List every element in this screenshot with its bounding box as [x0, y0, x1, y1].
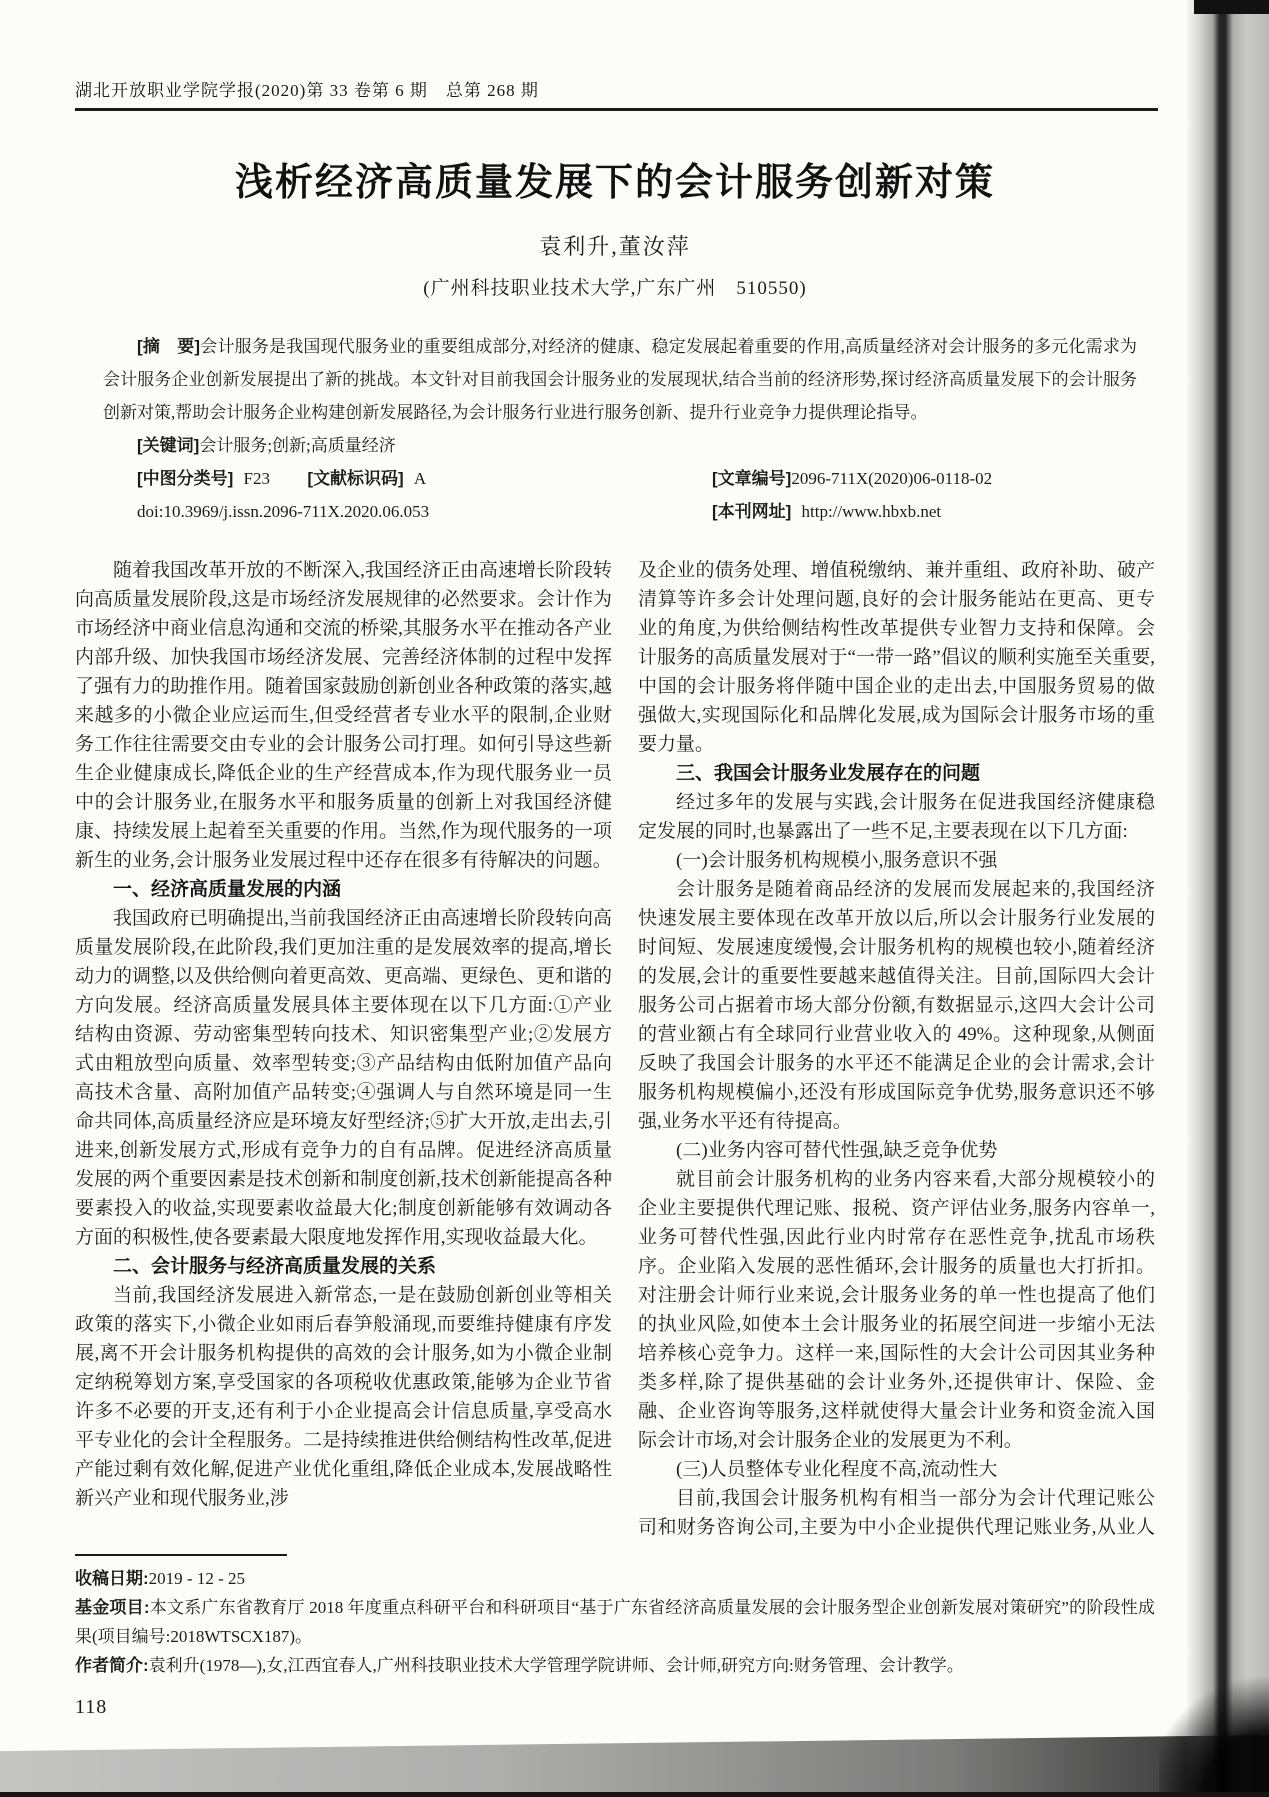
doi-row: doi:10.3969/j.issn.2096-711X.2020.06.053…	[103, 495, 1155, 528]
author-bio-text: 袁利升(1978—),女,江西宜春人,广州科技职业技术大学管理学院讲师、会计师,…	[149, 1656, 964, 1675]
journal-header: 湖北开放职业学院学报(2020)第 33 卷第 6 期 总第 268 期	[75, 76, 1155, 101]
scan-bottom-shadow	[0, 1735, 1269, 1797]
scan-bottom-edge	[0, 1792, 1269, 1797]
body-paragraph: 会计服务是随着商品经济的发展而发展起来的,我国经济快速发展主要体现在改革开放以后…	[638, 875, 1155, 1136]
scan-gutter-shadow	[1187, 0, 1269, 1797]
header-rule	[75, 108, 1158, 111]
article-id-label: [文章编号]	[712, 469, 791, 488]
body-paragraph: 目前,我国会计服务机构有相当一部分为会计代理记账公司和财务咨询公司,主要为中小企…	[638, 1484, 1155, 1544]
doc-code-value: A	[414, 469, 426, 488]
fund-project-line: 基金项目:本文系广东省教育厅 2018 年度重点科研平台和科研项目“基于广东省经…	[75, 1593, 1155, 1651]
body-paragraph: 当前,我国经济发展进入新常态,一是在鼓励创新创业等相关政策的落实下,小微企业如雨…	[75, 1281, 612, 1513]
scanned-journal-page: 湖北开放职业学院学报(2020)第 33 卷第 6 期 总第 268 期 浅析经…	[0, 0, 1269, 1797]
website-label: [本刊网址]	[712, 502, 791, 521]
fund-project-text: 本文系广东省教育厅 2018 年度重点科研平台和科研项目“基于广东省经济高质量发…	[75, 1598, 1155, 1646]
clc-label: [中图分类号]	[137, 469, 233, 488]
website-url: http://www.hbxb.net	[802, 502, 942, 521]
author-bio-label: 作者简介:	[75, 1656, 149, 1675]
abstract-block: [摘 要]会计服务是我国现代服务业的重要组成部分,对经济的健康、稳定发展起着重要…	[103, 330, 1137, 429]
abstract-label: [摘 要]	[137, 337, 200, 356]
keywords-label: [关键词]	[137, 436, 199, 455]
article-authors: 袁利升,董汝萍	[75, 230, 1155, 261]
page-number: 118	[75, 1696, 1155, 1719]
left-column: 随着我国改革开放的不断深入,我国经济正由高速增长阶段转向高质量发展阶段,这是市场…	[75, 556, 612, 1544]
fund-project-label: 基金项目:	[75, 1598, 150, 1617]
received-date-line: 收稿日期:2019 - 12 - 25	[75, 1564, 1155, 1593]
article-id-value: 2096-711X(2020)06-0118-02	[791, 469, 992, 488]
footnote-rule	[75, 1554, 287, 1556]
body-paragraph: 经过多年的发展与实践,会计服务在促进我国经济健康稳定发展的同时,也暴露出了一些不…	[638, 788, 1155, 846]
body-paragraph: 及企业的债务处理、增值税缴纳、兼并重组、政府补助、破产清算等许多会计处理问题,良…	[638, 556, 1155, 759]
body-paragraph: 就目前会计服务机构的业务内容来看,大部分规模较小的企业主要提供代理记账、报税、资…	[638, 1165, 1155, 1455]
scan-top-right-corner	[1194, 0, 1269, 14]
footnote-block: 收稿日期:2019 - 12 - 25 基金项目:本文系广东省教育厅 2018 …	[75, 1554, 1155, 1680]
abstract-text: 会计服务是我国现代服务业的重要组成部分,对经济的健康、稳定发展起着重要的作用,高…	[103, 337, 1137, 422]
article-affiliation: (广州科技职业技术大学,广东广州 510550)	[75, 273, 1155, 300]
abstract-paragraph: [摘 要]会计服务是我国现代服务业的重要组成部分,对经济的健康、稳定发展起着重要…	[103, 330, 1137, 429]
section-heading: 三、我国会计服务业发展存在的问题	[638, 759, 1155, 788]
page-content: 湖北开放职业学院学报(2020)第 33 卷第 6 期 总第 268 期 浅析经…	[75, 0, 1155, 1719]
sub-section-heading: (一)会计服务机构规模小,服务意识不强	[638, 846, 1155, 875]
body-paragraph: 随着我国改革开放的不断深入,我国经济正由高速增长阶段转向高质量发展阶段,这是市场…	[75, 556, 612, 875]
journal-website: [本刊网址]http://www.hbxb.net	[712, 495, 1155, 528]
right-column: 及企业的债务处理、增值税缴纳、兼并重组、政府补助、破产清算等许多会计处理问题,良…	[638, 556, 1155, 1544]
sub-section-heading: (三)人员整体专业化程度不高,流动性大	[638, 1455, 1155, 1484]
clc-value: F23	[244, 469, 270, 488]
body-paragraph: 我国政府已明确提出,当前我国经济正由高速增长阶段转向高质量发展阶段,在此阶段,我…	[75, 904, 612, 1252]
received-date-value: 2019 - 12 - 25	[149, 1569, 245, 1588]
received-date-label: 收稿日期:	[75, 1569, 149, 1588]
keywords-text: 会计服务;创新;高质量经济	[199, 436, 395, 455]
scan-bottom-right-corner	[1159, 1677, 1269, 1797]
body-columns: 随着我国改革开放的不断深入,我国经济正由高速增长阶段转向高质量发展阶段,这是市场…	[75, 556, 1155, 1544]
article-title: 浅析经济高质量发展下的会计服务创新对策	[75, 151, 1155, 206]
doc-code-label: [文献标识码]	[307, 469, 403, 488]
keywords-line: [关键词]会计服务;创新;高质量经济	[103, 429, 1137, 462]
classification-row: [中图分类号]F23[文献标识码]A [文章编号]2096-711X(2020)…	[103, 462, 1155, 495]
sub-section-heading: (二)业务内容可替代性强,缺乏竞争优势	[638, 1136, 1155, 1165]
author-bio-line: 作者简介:袁利升(1978—),女,江西宜春人,广州科技职业技术大学管理学院讲师…	[75, 1651, 1155, 1680]
section-heading: 二、会计服务与经济高质量发展的关系	[75, 1252, 612, 1281]
doi: doi:10.3969/j.issn.2096-711X.2020.06.053	[103, 495, 712, 528]
section-heading: 一、经济高质量发展的内涵	[75, 875, 612, 904]
article-id: [文章编号]2096-711X(2020)06-0118-02	[712, 462, 1155, 495]
clc-and-doccode: [中图分类号]F23[文献标识码]A	[103, 462, 712, 495]
